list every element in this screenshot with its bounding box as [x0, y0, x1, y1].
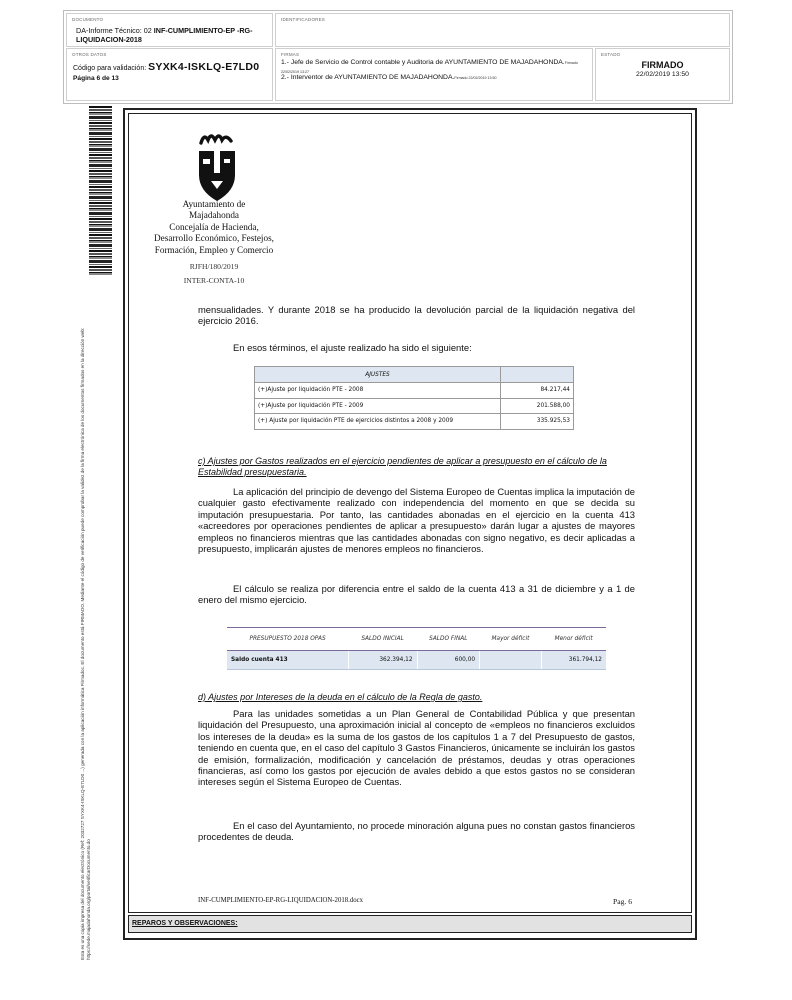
- validation-code-row: Código para validación: SYXK4-ISKLQ-E7LD…: [73, 61, 259, 73]
- table-header-row: PRESUPUESTO 2018 OPAS SALDO INICIAL SALD…: [227, 628, 606, 651]
- reparos-bar: REPAROS Y OBSERVACIONES:: [128, 915, 692, 933]
- signature-2: 2.- Interventor de AYUNTAMIENTO DE MAJAD…: [281, 74, 497, 81]
- table-row: (+)Ajuste por liquidación PTE - 2008 84.…: [255, 383, 574, 399]
- section-heading-c: c) Ajustes por Gastos realizados en el e…: [198, 456, 635, 478]
- table-cell: 361.794,12: [541, 651, 606, 670]
- coat-of-arms-logo: [195, 131, 239, 203]
- table-header: SALDO FINAL: [417, 628, 480, 651]
- documento-label: DOCUMENTO: [72, 17, 103, 22]
- status-badge: FIRMADO: [596, 60, 729, 70]
- validation-code: SYXK4-ISKLQ-E7LD0: [148, 61, 259, 73]
- institution-line: Formación, Empleo y Comercio: [139, 245, 289, 256]
- table-cell: (+) Ajuste por liquidación PTE de ejerci…: [255, 414, 501, 430]
- document-type: DA-Informe Técnico: 02: [76, 26, 154, 35]
- table-row: (+) Ajuste por liquidación PTE de ejerci…: [255, 414, 574, 430]
- table-cell: 335.925,53: [501, 414, 574, 430]
- table-cell: 84.217,44: [501, 383, 574, 399]
- saldo-table: PRESUPUESTO 2018 OPAS SALDO INICIAL SALD…: [227, 627, 606, 670]
- footer-filename: INF-CUMPLIMIENTO-EP-RG-LIQUIDACION-2018.…: [198, 897, 363, 904]
- signature-1-text: 1.- Jefe de Servicio de Control contable…: [281, 59, 565, 66]
- estado-cell: ESTADO FIRMADO 22/02/2019 13:50: [595, 48, 730, 101]
- verification-side-text: Esta es una copia impresa del documento …: [80, 270, 92, 960]
- table-row: Saldo cuenta 413 362.394,12 600,00 361.7…: [227, 651, 606, 670]
- barcode: [89, 106, 112, 276]
- table-header: AJUSTES: [255, 367, 501, 383]
- table-cell: (+)Ajuste por liquidación PTE - 2009: [255, 398, 501, 414]
- identificadores-label: IDENTIFICADORES: [281, 17, 325, 22]
- status-date: 22/02/2019 13:50: [596, 71, 729, 78]
- signature-2-text: 2.- Interventor de AYUNTAMIENTO DE MAJAD…: [281, 74, 454, 81]
- table-header-row: AJUSTES: [255, 367, 574, 383]
- institution-line: Majadahonda: [139, 210, 289, 221]
- otros-datos-cell: OTROS DATOS Código para validación: SYXK…: [66, 48, 273, 101]
- estado-label: ESTADO: [601, 52, 620, 57]
- signature-header: DOCUMENTO DA-Informe Técnico: 02 INF-CUM…: [63, 10, 733, 104]
- paragraph: En esos términos, el ajuste realizado ha…: [198, 342, 635, 353]
- otros-datos-label: OTROS DATOS: [72, 52, 107, 57]
- paragraph: La aplicación del principio de devengo d…: [198, 486, 635, 554]
- paragraph: Para las unidades sometidas a un Plan Ge…: [198, 708, 635, 788]
- reference-code-2: INTER-CONTA-10: [139, 276, 289, 285]
- validation-label: Código para validación:: [73, 65, 148, 72]
- table-header: Mayor déficit: [480, 628, 542, 651]
- signature-2-date: Firmado 22/02/2019 13:50: [454, 76, 496, 80]
- table-header: PRESUPUESTO 2018 OPAS: [227, 628, 348, 651]
- document-page: Ayuntamiento de Majadahonda Concejalía d…: [128, 113, 692, 913]
- section-heading-d: d) Ajustes por Intereses de la deuda en …: [198, 692, 635, 703]
- footer-page-number: Pag. 6: [613, 897, 632, 906]
- table-cell: 600,00: [417, 651, 480, 670]
- document-page-frame: Ayuntamiento de Majadahonda Concejalía d…: [123, 108, 697, 940]
- table-header-empty: [501, 367, 574, 383]
- ajustes-table: AJUSTES (+)Ajuste por liquidación PTE - …: [254, 366, 574, 430]
- table-cell: 201.588,00: [501, 398, 574, 414]
- reparos-label: REPAROS Y OBSERVACIONES:: [132, 920, 238, 927]
- institution-name: Ayuntamiento de Majadahonda Concejalía d…: [139, 199, 289, 256]
- institution-line: Concejalía de Hacienda,: [139, 222, 289, 233]
- reference-code: RJFH/180/2019: [139, 262, 289, 271]
- paragraph: mensualidades. Y durante 2018 se ha prod…: [198, 304, 635, 327]
- paragraph: El cálculo se realiza por diferencia ent…: [198, 583, 635, 606]
- table-cell: 362.394,12: [348, 651, 417, 670]
- document-title: DA-Informe Técnico: 02 INF-CUMPLIMIENTO-…: [76, 26, 271, 44]
- table-header: SALDO INICIAL: [348, 628, 417, 651]
- institution-line: Ayuntamiento de: [139, 199, 289, 210]
- firmas-cell: FIRMAS 1.- Jefe de Servicio de Control c…: [275, 48, 593, 101]
- documento-cell: DOCUMENTO DA-Informe Técnico: 02 INF-CUM…: [66, 13, 273, 47]
- table-cell: Saldo cuenta 413: [227, 651, 348, 670]
- table-row: (+)Ajuste por liquidación PTE - 2009 201…: [255, 398, 574, 414]
- institution-line: Desarrollo Económico, Festejos,: [139, 233, 289, 244]
- table-header: Menor déficit: [541, 628, 606, 651]
- table-cell: [480, 651, 542, 670]
- firmas-label: FIRMAS: [281, 52, 299, 57]
- identificadores-cell: IDENTIFICADORES: [275, 13, 730, 47]
- paragraph: En el caso del Ayuntamiento, no procede …: [198, 820, 635, 843]
- table-cell: (+)Ajuste por liquidación PTE - 2008: [255, 383, 501, 399]
- page-count: Página 6 de 13: [73, 75, 119, 82]
